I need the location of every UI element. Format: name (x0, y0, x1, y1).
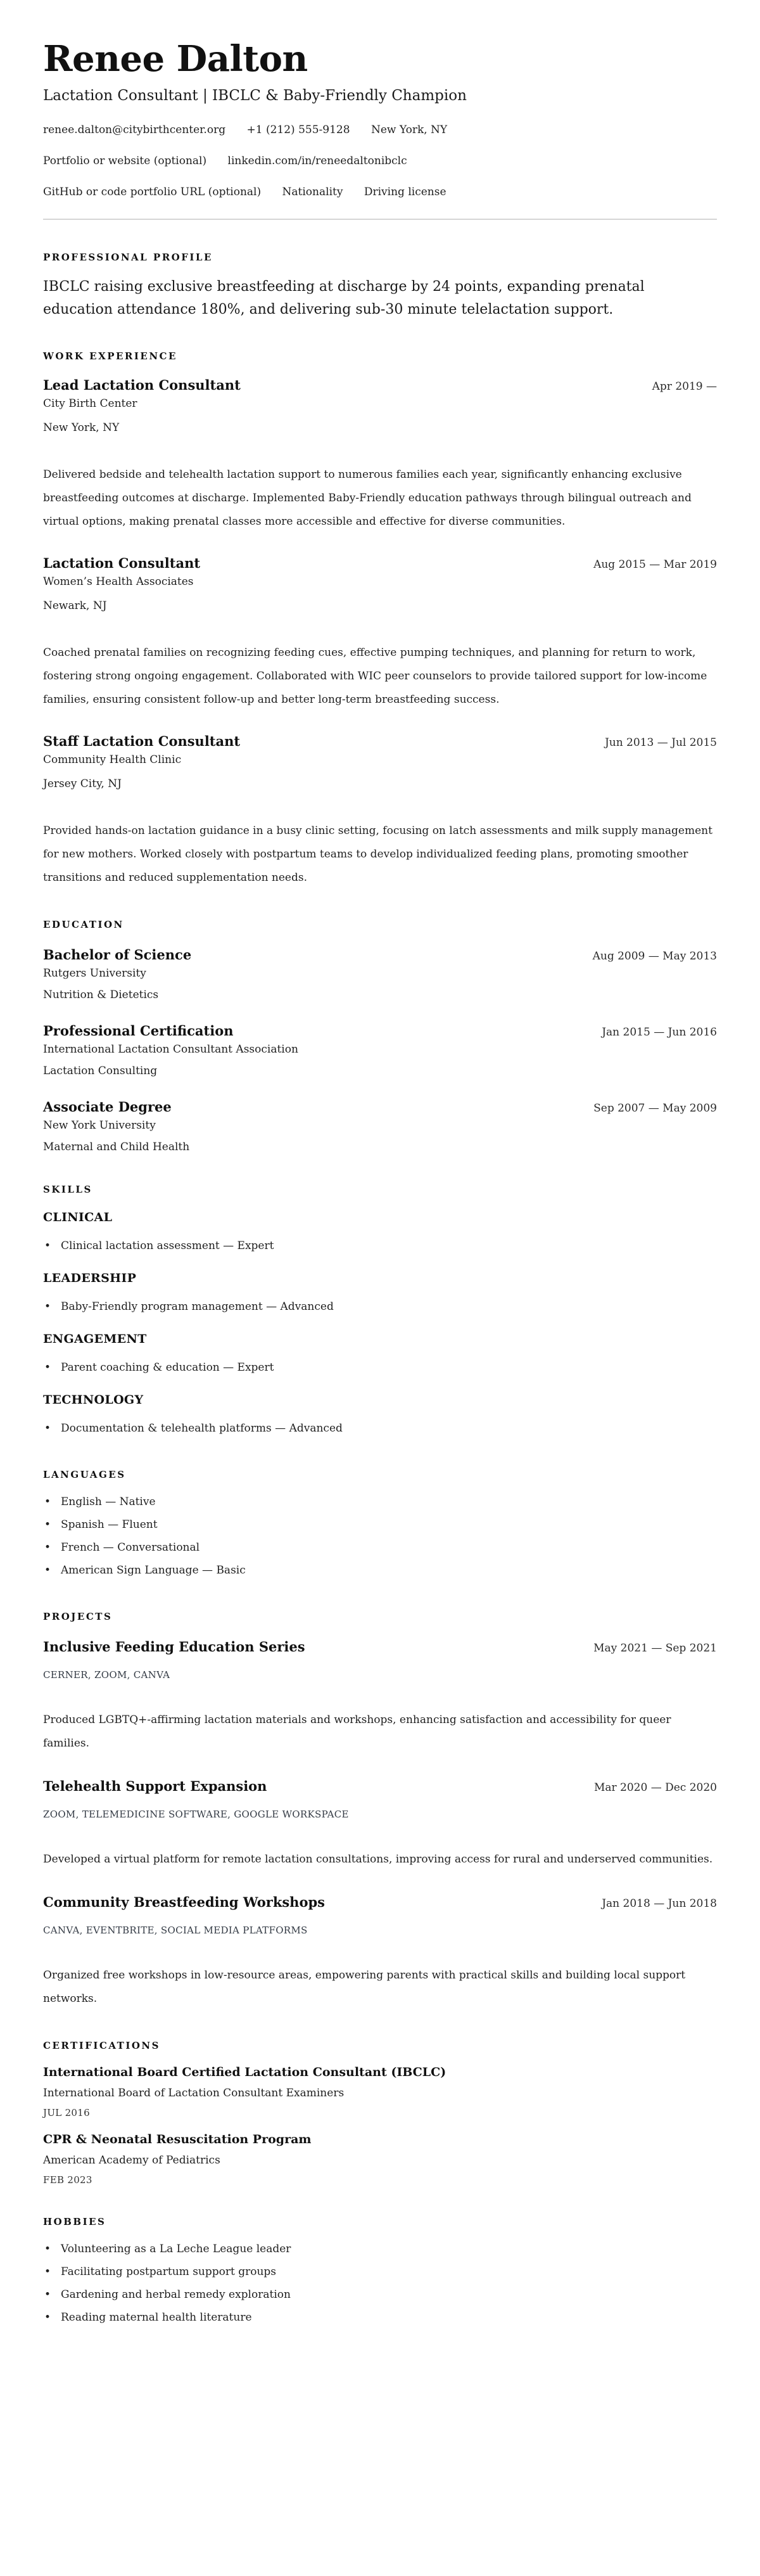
job-company: City Birth Center (43, 396, 717, 411)
header-divider (43, 219, 717, 220)
job-title: Staff Lactation Consultant (43, 732, 240, 751)
section-projects: PROJECTS Inclusive Feeding Education Ser… (43, 1610, 717, 2011)
work-entry: Lactation Consultant Aug 2015 — Mar 2019… (43, 554, 717, 712)
section-title-education: EDUCATION (43, 918, 717, 932)
skill-group-title: TECHNOLOGY (43, 1392, 717, 1408)
language-list: English — Native Spanish — Fluent French… (43, 1490, 717, 1582)
contact-row-extra: GitHub or code portfolio URL (optional) … (43, 184, 717, 200)
project-list: Inclusive Feeding Education Series May 2… (43, 1637, 717, 2011)
job-description: Delivered bedside and telehealth lactati… (43, 463, 717, 534)
hobby-item: Volunteering as a La Leche League leader (43, 2238, 717, 2260)
skill-item: Baby-Friendly program management — Advan… (43, 1295, 717, 1318)
hobby-item: Facilitating postpartum support groups (43, 2260, 717, 2283)
contact-row-links: Portfolio or website (optional) linkedin… (43, 153, 717, 169)
resume-page: Renee Dalton Lactation Consultant | IBCL… (0, 0, 760, 2354)
school-name: New York University (43, 1118, 717, 1133)
section-certifications: CERTIFICATIONS International Board Certi… (43, 2039, 717, 2187)
contact-portfolio[interactable]: Portfolio or website (optional) (43, 155, 206, 167)
resume-header: Renee Dalton Lactation Consultant | IBCL… (43, 37, 717, 220)
project-dates: Jan 2018 — Jun 2018 (602, 1896, 717, 1911)
hobby-list: Volunteering as a La Leche League leader… (43, 2238, 717, 2329)
project-title: Inclusive Feeding Education Series (43, 1637, 305, 1656)
work-list: Lead Lactation Consultant Apr 2019 — Cit… (43, 376, 717, 890)
job-company: Community Health Clinic (43, 752, 717, 767)
job-location: New York, NY (43, 420, 717, 435)
section-education: EDUCATION Bachelor of Science Aug 2009 —… (43, 918, 717, 1155)
job-location: Jersey City, NJ (43, 776, 717, 791)
work-entry: Lead Lactation Consultant Apr 2019 — Cit… (43, 376, 717, 534)
contact-email[interactable]: renee.dalton@citybirthcenter.org (43, 124, 225, 136)
job-dates: Apr 2019 — (652, 379, 717, 394)
project-description: Produced LGBTQ+-affirming lactation mate… (43, 1708, 717, 1755)
job-dates: Aug 2015 — Mar 2019 (593, 557, 717, 572)
project-description: Organized free workshops in low-resource… (43, 1964, 717, 2011)
project-title: Community Breastfeeding Workshops (43, 1893, 325, 1912)
project-entry: Inclusive Feeding Education Series May 2… (43, 1637, 717, 1755)
skill-group: LEADERSHIP Baby-Friendly program managem… (43, 1270, 717, 1318)
section-languages: LANGUAGES English — Native Spanish — Flu… (43, 1468, 717, 1582)
school-name: International Lactation Consultant Assoc… (43, 1042, 717, 1057)
project-tech: CANVA, EVENTBRITE, SOCIAL MEDIA PLATFORM… (43, 1923, 717, 1937)
skill-group: TECHNOLOGY Documentation & telehealth pl… (43, 1392, 717, 1440)
contact-nationality: Nationality (282, 186, 343, 198)
language-item: Spanish — Fluent (43, 1513, 717, 1536)
degree-title: Professional Certification (43, 1022, 233, 1041)
section-profile: PROFESSIONAL PROFILE IBCLC raising exclu… (43, 250, 717, 321)
contact-driving-license: Driving license (364, 186, 446, 198)
contact-phone[interactable]: +1 (212) 555-9128 (247, 124, 350, 136)
candidate-name: Renee Dalton (43, 37, 717, 81)
contact-linkedin[interactable]: linkedin.com/in/reneedaltonibclc (228, 155, 407, 167)
education-dates: Aug 2009 — May 2013 (593, 949, 717, 964)
skill-item: Documentation & telehealth platforms — A… (43, 1417, 717, 1440)
project-description: Developed a virtual platform for remote … (43, 1848, 717, 1871)
job-title: Lactation Consultant (43, 554, 200, 573)
section-title-certifications: CERTIFICATIONS (43, 2039, 717, 2053)
skill-group-title: ENGAGEMENT (43, 1331, 717, 1347)
section-title-skills: SKILLS (43, 1182, 717, 1196)
hobby-item: Reading maternal health literature (43, 2306, 717, 2329)
project-entry: Telehealth Support Expansion Mar 2020 — … (43, 1777, 717, 1871)
education-entry: Bachelor of Science Aug 2009 — May 2013 … (43, 945, 717, 1003)
certification-issuer: International Board of Lactation Consult… (43, 2086, 717, 2101)
language-item: American Sign Language — Basic (43, 1559, 717, 1582)
skill-item: Parent coaching & education — Expert (43, 1356, 717, 1379)
degree-title: Bachelor of Science (43, 945, 191, 964)
certification-name: CPR & Neonatal Resuscitation Program (43, 2131, 717, 2148)
project-tech: ZOOM, TELEMEDICINE SOFTWARE, GOOGLE WORK… (43, 1807, 717, 1821)
work-entry: Staff Lactation Consultant Jun 2013 — Ju… (43, 732, 717, 890)
skill-item: Clinical lactation assessment — Expert (43, 1234, 717, 1257)
job-description: Coached prenatal families on recognizing… (43, 641, 717, 712)
project-entry: Community Breastfeeding Workshops Jan 20… (43, 1893, 717, 2011)
education-dates: Jan 2015 — Jun 2016 (602, 1025, 717, 1040)
job-dates: Jun 2013 — Jul 2015 (605, 735, 717, 750)
section-title-hobbies: HOBBIES (43, 2215, 717, 2229)
skill-group: ENGAGEMENT Parent coaching & education —… (43, 1331, 717, 1379)
job-description: Provided hands-on lactation guidance in … (43, 819, 717, 890)
project-dates: Mar 2020 — Dec 2020 (594, 1780, 717, 1795)
certification-entry: International Board Certified Lactation … (43, 2064, 717, 2120)
education-entry: Associate Degree Sep 2007 — May 2009 New… (43, 1098, 717, 1155)
section-skills: SKILLS CLINICAL Clinical lactation asses… (43, 1182, 717, 1440)
language-item: French — Conversational (43, 1536, 717, 1559)
candidate-headline: Lactation Consultant | IBCLC & Baby-Frie… (43, 85, 717, 106)
contact-github[interactable]: GitHub or code portfolio URL (optional) (43, 186, 261, 198)
contact-row-primary: renee.dalton@citybirthcenter.org +1 (212… (43, 122, 717, 138)
job-company: Women’s Health Associates (43, 574, 717, 589)
job-title: Lead Lactation Consultant (43, 376, 241, 395)
project-dates: May 2021 — Sep 2021 (593, 1641, 717, 1656)
project-title: Telehealth Support Expansion (43, 1777, 267, 1796)
section-title-projects: PROJECTS (43, 1610, 717, 1624)
section-work-experience: WORK EXPERIENCE Lead Lactation Consultan… (43, 349, 717, 890)
certification-entry: CPR & Neonatal Resuscitation Program Ame… (43, 2131, 717, 2187)
field-of-study: Lactation Consulting (43, 1063, 717, 1079)
certification-list: International Board Certified Lactation … (43, 2064, 717, 2187)
skill-group: CLINICAL Clinical lactation assessment —… (43, 1209, 717, 1257)
profile-summary: IBCLC raising exclusive breastfeeding at… (43, 276, 717, 321)
degree-title: Associate Degree (43, 1098, 172, 1117)
section-title-work: WORK EXPERIENCE (43, 349, 717, 363)
hobby-item: Gardening and herbal remedy exploration (43, 2283, 717, 2306)
certification-name: International Board Certified Lactation … (43, 2064, 717, 2080)
field-of-study: Maternal and Child Health (43, 1139, 717, 1155)
section-title-profile: PROFESSIONAL PROFILE (43, 250, 717, 264)
field-of-study: Nutrition & Dietetics (43, 987, 717, 1003)
contact-location: New York, NY (371, 124, 447, 136)
section-title-languages: LANGUAGES (43, 1468, 717, 1482)
education-dates: Sep 2007 — May 2009 (593, 1101, 717, 1116)
certification-issuer: American Academy of Pediatrics (43, 2153, 717, 2168)
skill-group-title: LEADERSHIP (43, 1270, 717, 1286)
language-item: English — Native (43, 1490, 717, 1513)
certification-date: FEB 2023 (43, 2173, 717, 2187)
education-entry: Professional Certification Jan 2015 — Ju… (43, 1022, 717, 1079)
job-location: Newark, NJ (43, 598, 717, 613)
section-hobbies: HOBBIES Volunteering as a La Leche Leagu… (43, 2215, 717, 2329)
skill-group-title: CLINICAL (43, 1209, 717, 1226)
certification-date: JUL 2016 (43, 2106, 717, 2120)
school-name: Rutgers University (43, 966, 717, 981)
education-list: Bachelor of Science Aug 2009 — May 2013 … (43, 945, 717, 1155)
project-tech: CERNER, ZOOM, CANVA (43, 1668, 717, 1682)
